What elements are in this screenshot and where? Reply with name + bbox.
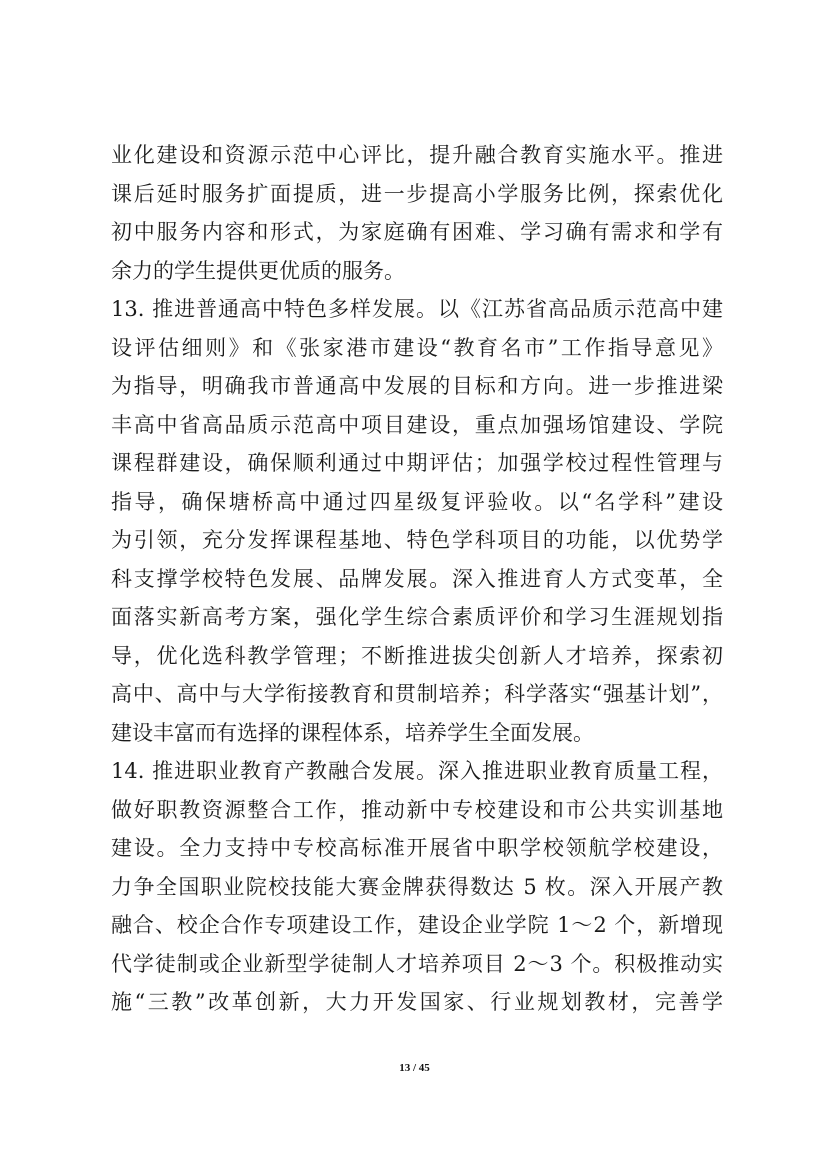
- text-line: 余力的学生提供更优质的服务。: [111, 252, 723, 291]
- text-line: 课程群建设，确保顺利通过中期评估；加强学校过程性管理与: [111, 444, 723, 483]
- text-line: 建设丰富而有选择的课程体系，培养学生全面发展。: [111, 714, 723, 753]
- section-14-heading-line: 14. 推进职业教育产教融合发展。深入推进职业教育质量工程，: [111, 752, 723, 791]
- text-line: 力争全国职业院校技能大赛金牌获得数达 5 枚。深入开展产教: [111, 868, 723, 907]
- text-line: 指导，确保塘桥高中通过四星级复评验收。以“名学科”建设: [111, 483, 723, 522]
- text-line: 为指导，明确我市普通高中发展的目标和方向。进一步推进梁: [111, 367, 723, 406]
- text-line: 高中、高中与大学衔接教育和贯制培养；科学落实“强基计划”，: [111, 675, 723, 714]
- text-line: 丰高中省高品质示范高中项目建设，重点加强场馆建设、学院: [111, 406, 723, 445]
- text-line: 融合、校企合作专项建设工作，建设企业学院 1～2 个，新增现: [111, 906, 723, 945]
- text-line: 科支撑学校特色发展、品牌发展。深入推进育人方式变革，全: [111, 560, 723, 599]
- text-line: 为引领，充分发挥课程基地、特色学科项目的功能，以优势学: [111, 521, 723, 560]
- text-line: 做好职教资源整合工作，推动新中专校建设和市公共实训基地: [111, 791, 723, 830]
- text-line: 设评估细则》和《张家港市建设“教育名市”工作指导意见》: [111, 329, 723, 368]
- text-line: 面落实新高考方案，强化学生综合素质评价和学习生涯规划指: [111, 598, 723, 637]
- text-line: 建设。全力支持中专校高标准开展省中职学校领航学校建设，: [111, 829, 723, 868]
- text-line: 业化建设和资源示范中心评比，提升融合教育实施水平。推进: [111, 136, 723, 175]
- document-body: 业化建设和资源示范中心评比，提升融合教育实施水平。推进 课后延时服务扩面提质，进…: [111, 136, 723, 1022]
- document-page: 业化建设和资源示范中心评比，提升融合教育实施水平。推进 课后延时服务扩面提质，进…: [0, 0, 829, 1173]
- section-13-heading-line: 13. 推进普通高中特色多样发展。以《江苏省高品质示范高中建: [111, 290, 723, 329]
- text-line: 初中服务内容和形式，为家庭确有困难、学习确有需求和学有: [111, 213, 723, 252]
- text-line: 课后延时服务扩面提质，进一步提高小学服务比例，探索优化: [111, 175, 723, 214]
- text-line: 导，优化选科教学管理；不断推进拔尖创新人才培养，探索初: [111, 637, 723, 676]
- text-line: 施“三教”改革创新，大力开发国家、行业规划教材，完善学: [111, 983, 723, 1022]
- page-number: 13 / 45: [0, 1062, 829, 1074]
- text-line: 代学徒制或企业新型学徒制人才培养项目 2～3 个。积极推动实: [111, 945, 723, 984]
